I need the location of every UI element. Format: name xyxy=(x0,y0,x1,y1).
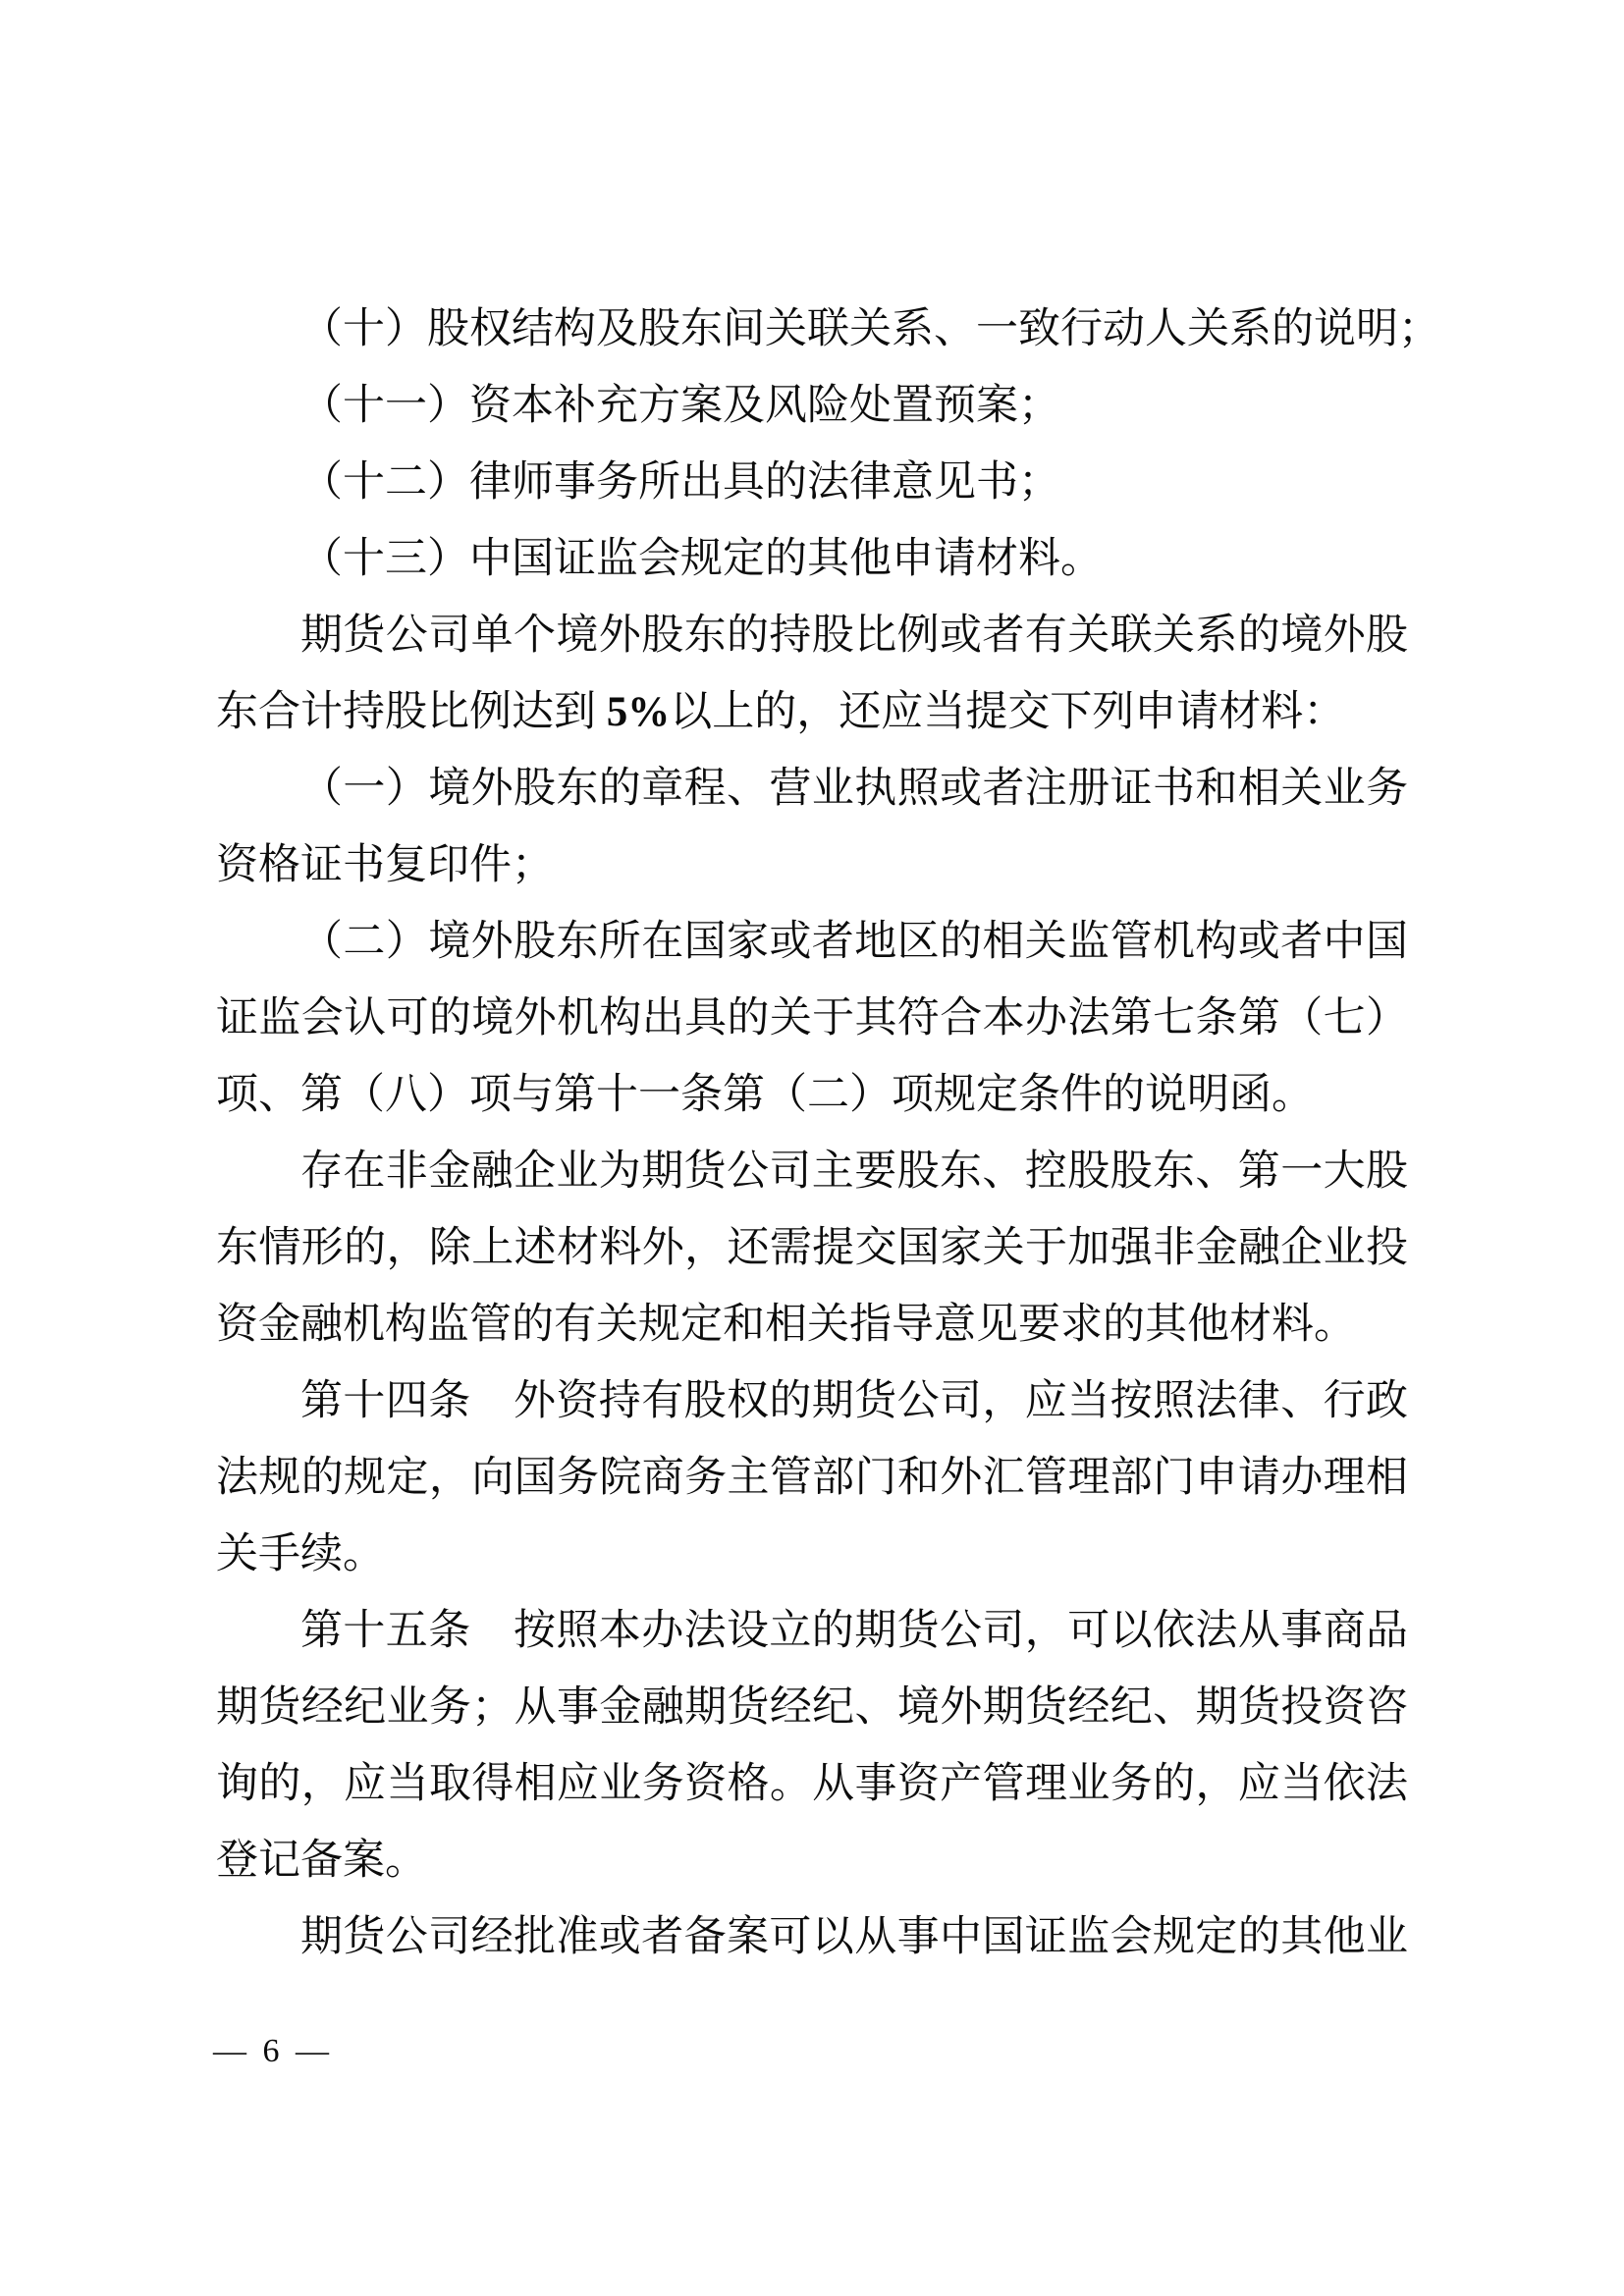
text-line: 期货公司单个境外股东的持股比例或者有关联关系的境外股 xyxy=(216,598,1408,674)
text-line: 存在非金融企业为期货公司主要股东、控股股东、第一大股 xyxy=(216,1134,1408,1210)
percentage-value: 5% xyxy=(607,689,671,735)
page-number: — 6 — xyxy=(213,2028,333,2075)
document-page: （十）股权结构及股东间关联关系、一致行动人关系的说明； （十一）资本补充方案及风… xyxy=(0,0,1624,2296)
text-line: 第十四条 外资持有股权的期货公司，应当按照法律、行政 xyxy=(216,1363,1408,1440)
text-segment: 以上的，还应当提交下列申请材料： xyxy=(670,689,1345,735)
text-line: 东情形的，除上述材料外，还需提交国家关于加强非金融企业投 xyxy=(216,1210,1408,1287)
text-line: 资格证书复印件； xyxy=(216,828,1408,904)
text-line: （一）境外股东的章程、营业执照或者注册证书和相关业务 xyxy=(216,751,1408,828)
text-line: 东合计持股比例达到 5%以上的，还应当提交下列申请材料： xyxy=(216,674,1408,751)
text-segment: 东合计持股比例达到 xyxy=(216,689,607,735)
document-body: （十）股权结构及股东间关联关系、一致行动人关系的说明； （十一）资本补充方案及风… xyxy=(216,292,1408,1976)
text-line: （十三）中国证监会规定的其他申请材料。 xyxy=(216,521,1408,598)
text-line: （十）股权结构及股东间关联关系、一致行动人关系的说明； xyxy=(216,292,1408,368)
text-line: 项、第（八）项与第十一条第（二）项规定条件的说明函。 xyxy=(216,1057,1408,1134)
text-line: （二）境外股东所在国家或者地区的相关监管机构或者中国 xyxy=(216,904,1408,981)
text-line: 询的，应当取得相应业务资格。从事资产管理业务的，应当依法 xyxy=(216,1746,1408,1823)
text-line: （十一）资本补充方案及风险处置预案； xyxy=(216,368,1408,445)
text-line: 第十五条 按照本办法设立的期货公司，可以依法从事商品 xyxy=(216,1593,1408,1670)
text-line: 期货经纪业务；从事金融期货经纪、境外期货经纪、期货投资咨 xyxy=(216,1670,1408,1746)
text-line: 期货公司经批准或者备案可以从事中国证监会规定的其他业 xyxy=(216,1899,1408,1976)
text-line: 法规的规定，向国务院商务主管部门和外汇管理部门申请办理相 xyxy=(216,1440,1408,1517)
text-line: 资金融机构监管的有关规定和相关指导意见要求的其他材料。 xyxy=(216,1287,1408,1363)
text-line: （十二）律师事务所出具的法律意见书； xyxy=(216,445,1408,521)
text-line: 关手续。 xyxy=(216,1517,1408,1593)
text-line: 证监会认可的境外机构出具的关于其符合本办法第七条第（七） xyxy=(216,981,1408,1057)
text-line: 登记备案。 xyxy=(216,1823,1408,1899)
